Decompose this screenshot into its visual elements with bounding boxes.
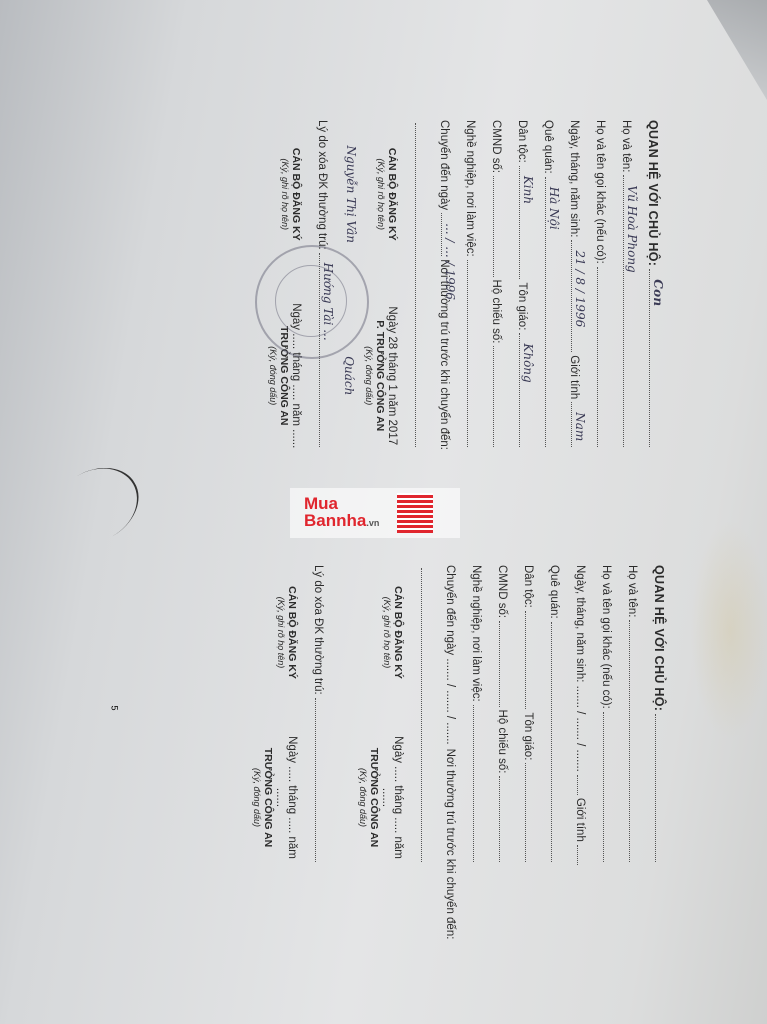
left-field-name: Họ và tên:Vũ Hoà Phong — [620, 120, 646, 450]
right-title: QUAN HỆ VỚI CHỦ HỘ: — [652, 565, 678, 865]
right-record: QUAN HỆ VỚI CHỦ HỘ: Họ và tên: Họ và tên… — [252, 565, 678, 865]
watermark-logo: MuaBannha.vn — [290, 488, 460, 538]
building-icon — [397, 493, 433, 533]
left-field-alias: Họ và tên gọi khác (nếu có): — [594, 120, 620, 450]
left-relation-value: Con — [651, 279, 665, 306]
left-field-ethnicity: Dân tộc:KinhTôn giáo:Không — [516, 120, 542, 450]
left-move-in: Chuyển đến ngày... / ... / 1996Nơi thườn… — [438, 120, 464, 450]
official-stamp — [255, 245, 369, 359]
left-field-dob: Ngày, tháng, năm sinh:21 / 8 / 1996Giới … — [568, 120, 594, 450]
water-stain — [690, 520, 767, 740]
left-field-occupation: Nghề nghiệp, nơi làm việc: — [464, 120, 490, 450]
left-field-id: CMND số:Hộ chiếu số: — [490, 120, 516, 450]
left-field-hometown: Quê quán:Hà Nội — [542, 120, 568, 450]
left-title: QUAN HỆ VỚI CHỦ HỘ: Con — [646, 120, 672, 450]
page-number: 5 — [110, 705, 120, 710]
